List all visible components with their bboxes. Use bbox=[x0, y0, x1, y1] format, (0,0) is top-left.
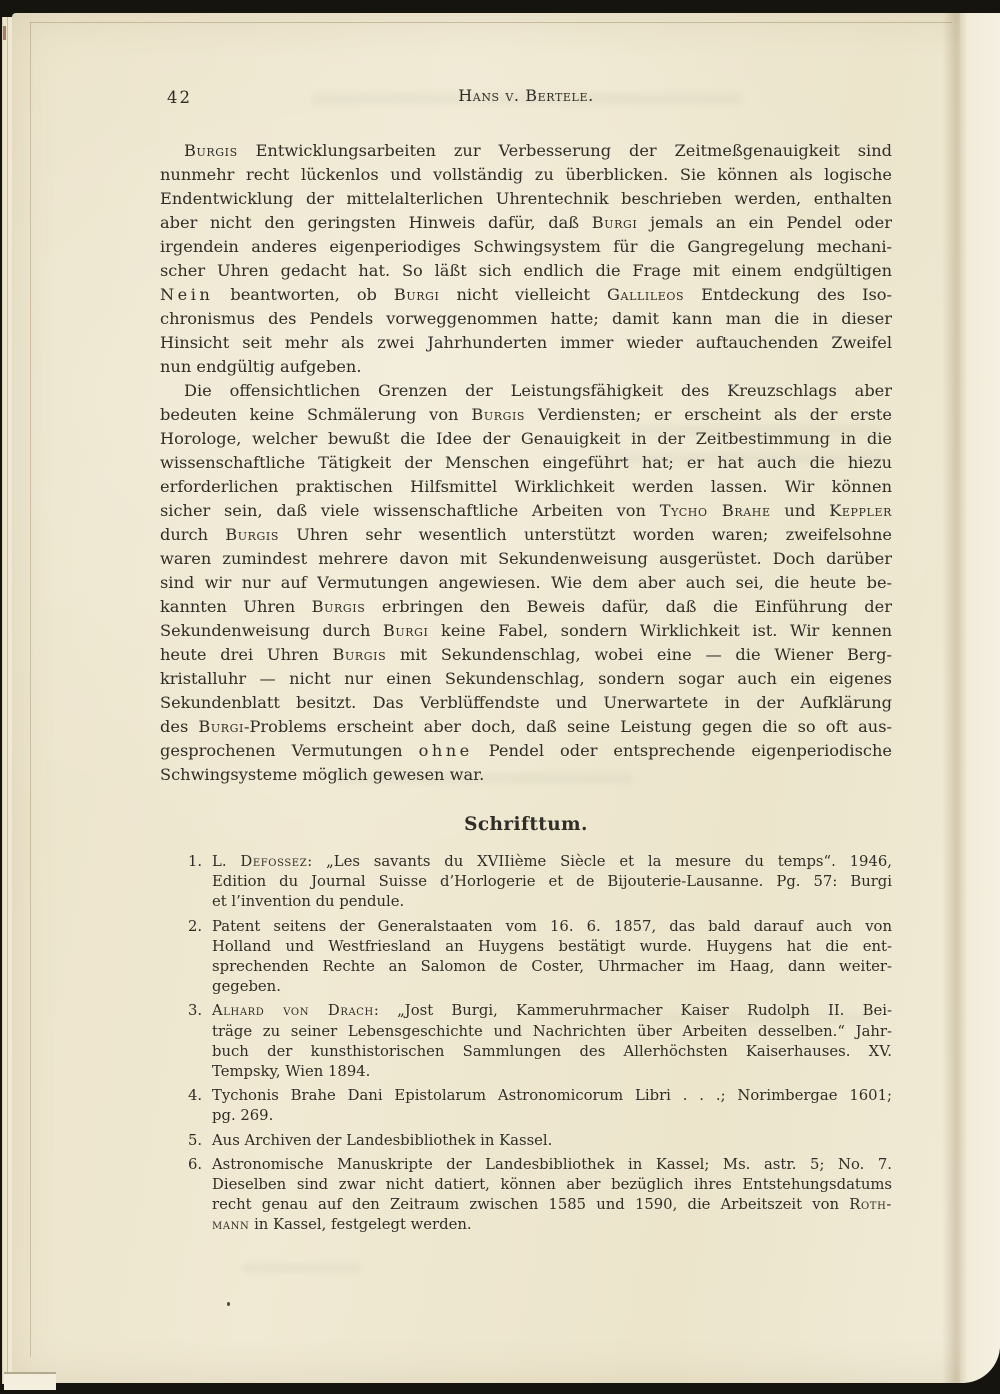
bibliography-item: 4. Tychonis Brahe Dani Epistolarum Astro… bbox=[160, 1086, 892, 1126]
text-line: gesprochenen Vermutungen ohne Pendel ode… bbox=[160, 739, 892, 763]
text-line: Horologe, welcher bewußt die Idee der Ge… bbox=[160, 427, 892, 451]
text-line: träge zu seiner Lebensgeschichte und Nac… bbox=[212, 1022, 892, 1042]
text-line: buch der kunsthistorischen Sammlungen de… bbox=[212, 1042, 892, 1062]
paragraph: Die offensichtlichen Grenzen der Leistun… bbox=[160, 379, 892, 787]
text-line: Alhard von Drach: „Jost Burgi, Kammeruhr… bbox=[212, 1001, 892, 1021]
bibliography-item-text: Astronomische Manuskripte der Landesbibl… bbox=[212, 1155, 892, 1236]
text-line: wissenschaftliche Tätigkeit der Menschen… bbox=[160, 451, 892, 475]
running-head: Hans v. Bertele. bbox=[160, 86, 892, 105]
small-caps-name: Burgis bbox=[184, 141, 238, 160]
text-line: Astronomische Manuskripte der Landesbibl… bbox=[212, 1155, 892, 1175]
page-edge-highlight-top bbox=[30, 22, 952, 23]
text-line: scher Uhren gedacht hat. So läßt sich en… bbox=[160, 259, 892, 283]
bibliography-item-text: Patent seitens der Generalstaaten vom 16… bbox=[212, 917, 892, 998]
text-line: nunmehr recht lückenlos und vollständig … bbox=[160, 163, 892, 187]
text-line: erforderlichen praktischen Hilfsmittel W… bbox=[160, 475, 892, 499]
bibliography-item: 2. Patent seitens der Generalstaaten vom… bbox=[160, 917, 892, 998]
text-line: durch Burgis Uhren sehr wesentlich unter… bbox=[160, 523, 892, 547]
text-line: Burgis Entwicklungsarbeiten zur Verbesse… bbox=[160, 139, 892, 163]
text-line: mann in Kassel, festgelegt werden. bbox=[212, 1215, 892, 1235]
text-line: chronismus des Pendels vorweggenommen ha… bbox=[160, 307, 892, 331]
ink-speck bbox=[227, 1302, 230, 1306]
text-line: et l’invention du pendule. bbox=[212, 892, 892, 912]
page-edge-highlight-left bbox=[30, 22, 31, 1357]
text-line: Holland und Westfriesland an Huygens bes… bbox=[212, 937, 892, 957]
text-line: sprechenden Rechte an Salomon de Coster,… bbox=[212, 957, 892, 977]
binding-mark bbox=[3, 26, 6, 40]
bibliography-item-number: 3. bbox=[188, 1001, 212, 1082]
page-surface: 42 Hans v. Bertele. Burgis Entwicklungsa… bbox=[12, 13, 1000, 1383]
bibliography-item-number: 2. bbox=[188, 917, 212, 998]
bibliography-item-text: L. Defossez: „Les savants du XVIIième Si… bbox=[212, 852, 892, 913]
bibliography-item-number: 5. bbox=[188, 1131, 212, 1151]
text-line: L. Defossez: „Les savants du XVIIième Si… bbox=[212, 852, 892, 872]
small-caps-name: Alhard von Drach bbox=[212, 1002, 374, 1019]
section-heading: Schrifttum. bbox=[160, 814, 892, 835]
text-line: Sekundenblatt besitzt. Das Verblüffendst… bbox=[160, 691, 892, 715]
bibliography-item-text: Aus Archiven der Landesbibliothek in Kas… bbox=[212, 1131, 892, 1151]
text-line: Patent seitens der Generalstaaten vom 16… bbox=[212, 917, 892, 937]
bibliography-item-text: Tychonis Brahe Dani Epistolarum Astronom… bbox=[212, 1086, 892, 1126]
scanned-book-page: 42 Hans v. Bertele. Burgis Entwicklungsa… bbox=[0, 0, 1000, 1394]
text-line: aber nicht den geringsten Hinweis dafür,… bbox=[160, 211, 892, 235]
small-caps-name: Defossez bbox=[240, 853, 307, 870]
page-number: 42 bbox=[167, 88, 192, 107]
text-line: gegeben. bbox=[212, 977, 892, 997]
bibliography-item: 1. L. Defossez: „Les savants du XVIIième… bbox=[160, 852, 892, 913]
letterspaced-emphasis: Nein bbox=[160, 285, 213, 304]
text-line: sind wir nur auf Vermutungen angewiesen.… bbox=[160, 571, 892, 595]
small-caps-name: Roth- bbox=[849, 1196, 892, 1213]
text-line: Edition du Journal Suisse d’Horlogerie e… bbox=[212, 872, 892, 892]
text-line: Tychonis Brahe Dani Epistolarum Astronom… bbox=[212, 1086, 892, 1106]
bleed-through-artifact bbox=[242, 1263, 362, 1273]
small-caps-name: Burgi bbox=[383, 621, 429, 640]
text-line: recht genau auf den Zeitraum zwischen 15… bbox=[212, 1195, 892, 1215]
text-block: 42 Hans v. Bertele. Burgis Entwicklungsa… bbox=[160, 86, 892, 1240]
bibliography-item-text: Alhard von Drach: „Jost Burgi, Kammeruhr… bbox=[212, 1001, 892, 1082]
small-caps-name: Burgi bbox=[592, 213, 638, 232]
text-line: Schwingsysteme möglich gewesen war. bbox=[160, 763, 892, 787]
small-caps-name: Gallileos bbox=[607, 285, 684, 304]
small-caps-name: Tycho Brahe bbox=[660, 501, 771, 520]
bibliography-item-number: 6. bbox=[188, 1155, 212, 1236]
text-line: kristalluhr — nicht nur einen Sekundensc… bbox=[160, 667, 892, 691]
text-line: pg. 269. bbox=[212, 1106, 892, 1126]
gutter-shadow bbox=[942, 13, 968, 1383]
text-line: heute drei Uhren Burgis mit Sekundenschl… bbox=[160, 643, 892, 667]
text-line: Aus Archiven der Landesbibliothek in Kas… bbox=[212, 1131, 892, 1151]
text-line: irgendein anderes eigenperiodiges Schwin… bbox=[160, 235, 892, 259]
text-line: nun endgültig aufgeben. bbox=[160, 355, 892, 379]
bibliography: 1. L. Defossez: „Les savants du XVIIième… bbox=[160, 852, 892, 1236]
letterspaced-emphasis: ohne bbox=[419, 741, 473, 760]
bibliography-item: 3. Alhard von Drach: „Jost Burgi, Kammer… bbox=[160, 1001, 892, 1082]
text-line: Dieselben sind zwar nicht datiert, könne… bbox=[212, 1175, 892, 1195]
paragraph: Burgis Entwicklungsarbeiten zur Verbesse… bbox=[160, 139, 892, 379]
text-line: sicher sein, daß viele wissenschaftliche… bbox=[160, 499, 892, 523]
text-line: Nein beantworten, ob Burgi nicht viellei… bbox=[160, 283, 892, 307]
article-body: Burgis Entwicklungsarbeiten zur Verbesse… bbox=[160, 139, 892, 787]
page-header: 42 Hans v. Bertele. bbox=[160, 86, 892, 108]
small-caps-name: Burgis bbox=[225, 525, 279, 544]
bibliography-item-number: 1. bbox=[188, 852, 212, 913]
text-line: Hinsicht seit mehr als zwei Jahrhunderte… bbox=[160, 331, 892, 355]
page-edge-step bbox=[4, 1372, 56, 1390]
small-caps-name: Burgis bbox=[333, 645, 387, 664]
text-line: waren zumindest mehrere davon mit Sekund… bbox=[160, 547, 892, 571]
text-line: Tempsky, Wien 1894. bbox=[212, 1062, 892, 1082]
bibliography-item-number: 4. bbox=[188, 1086, 212, 1126]
text-line: kannten Uhren Burgis erbringen den Bewei… bbox=[160, 595, 892, 619]
small-caps-name: Keppler bbox=[829, 501, 892, 520]
small-caps-name: Burgi bbox=[394, 285, 440, 304]
small-caps-name: Burgis bbox=[312, 597, 366, 616]
bibliography-item: 6. Astronomische Manuskripte der Landesb… bbox=[160, 1155, 892, 1236]
text-line: bedeuten keine Schmälerung von Burgis Ve… bbox=[160, 403, 892, 427]
small-caps-name: Burgi bbox=[198, 717, 244, 736]
text-line: Die offensichtlichen Grenzen der Leistun… bbox=[160, 379, 892, 403]
text-line: Endentwicklung der mittelalterlichen Uhr… bbox=[160, 187, 892, 211]
text-line: des Burgi-Problems erscheint aber doch, … bbox=[160, 715, 892, 739]
small-caps-name: Burgis bbox=[471, 405, 525, 424]
small-caps-name: mann bbox=[212, 1216, 249, 1233]
bibliography-item: 5. Aus Archiven der Landesbibliothek in … bbox=[160, 1131, 892, 1151]
text-line: Sekundenweisung durch Burgi keine Fabel,… bbox=[160, 619, 892, 643]
